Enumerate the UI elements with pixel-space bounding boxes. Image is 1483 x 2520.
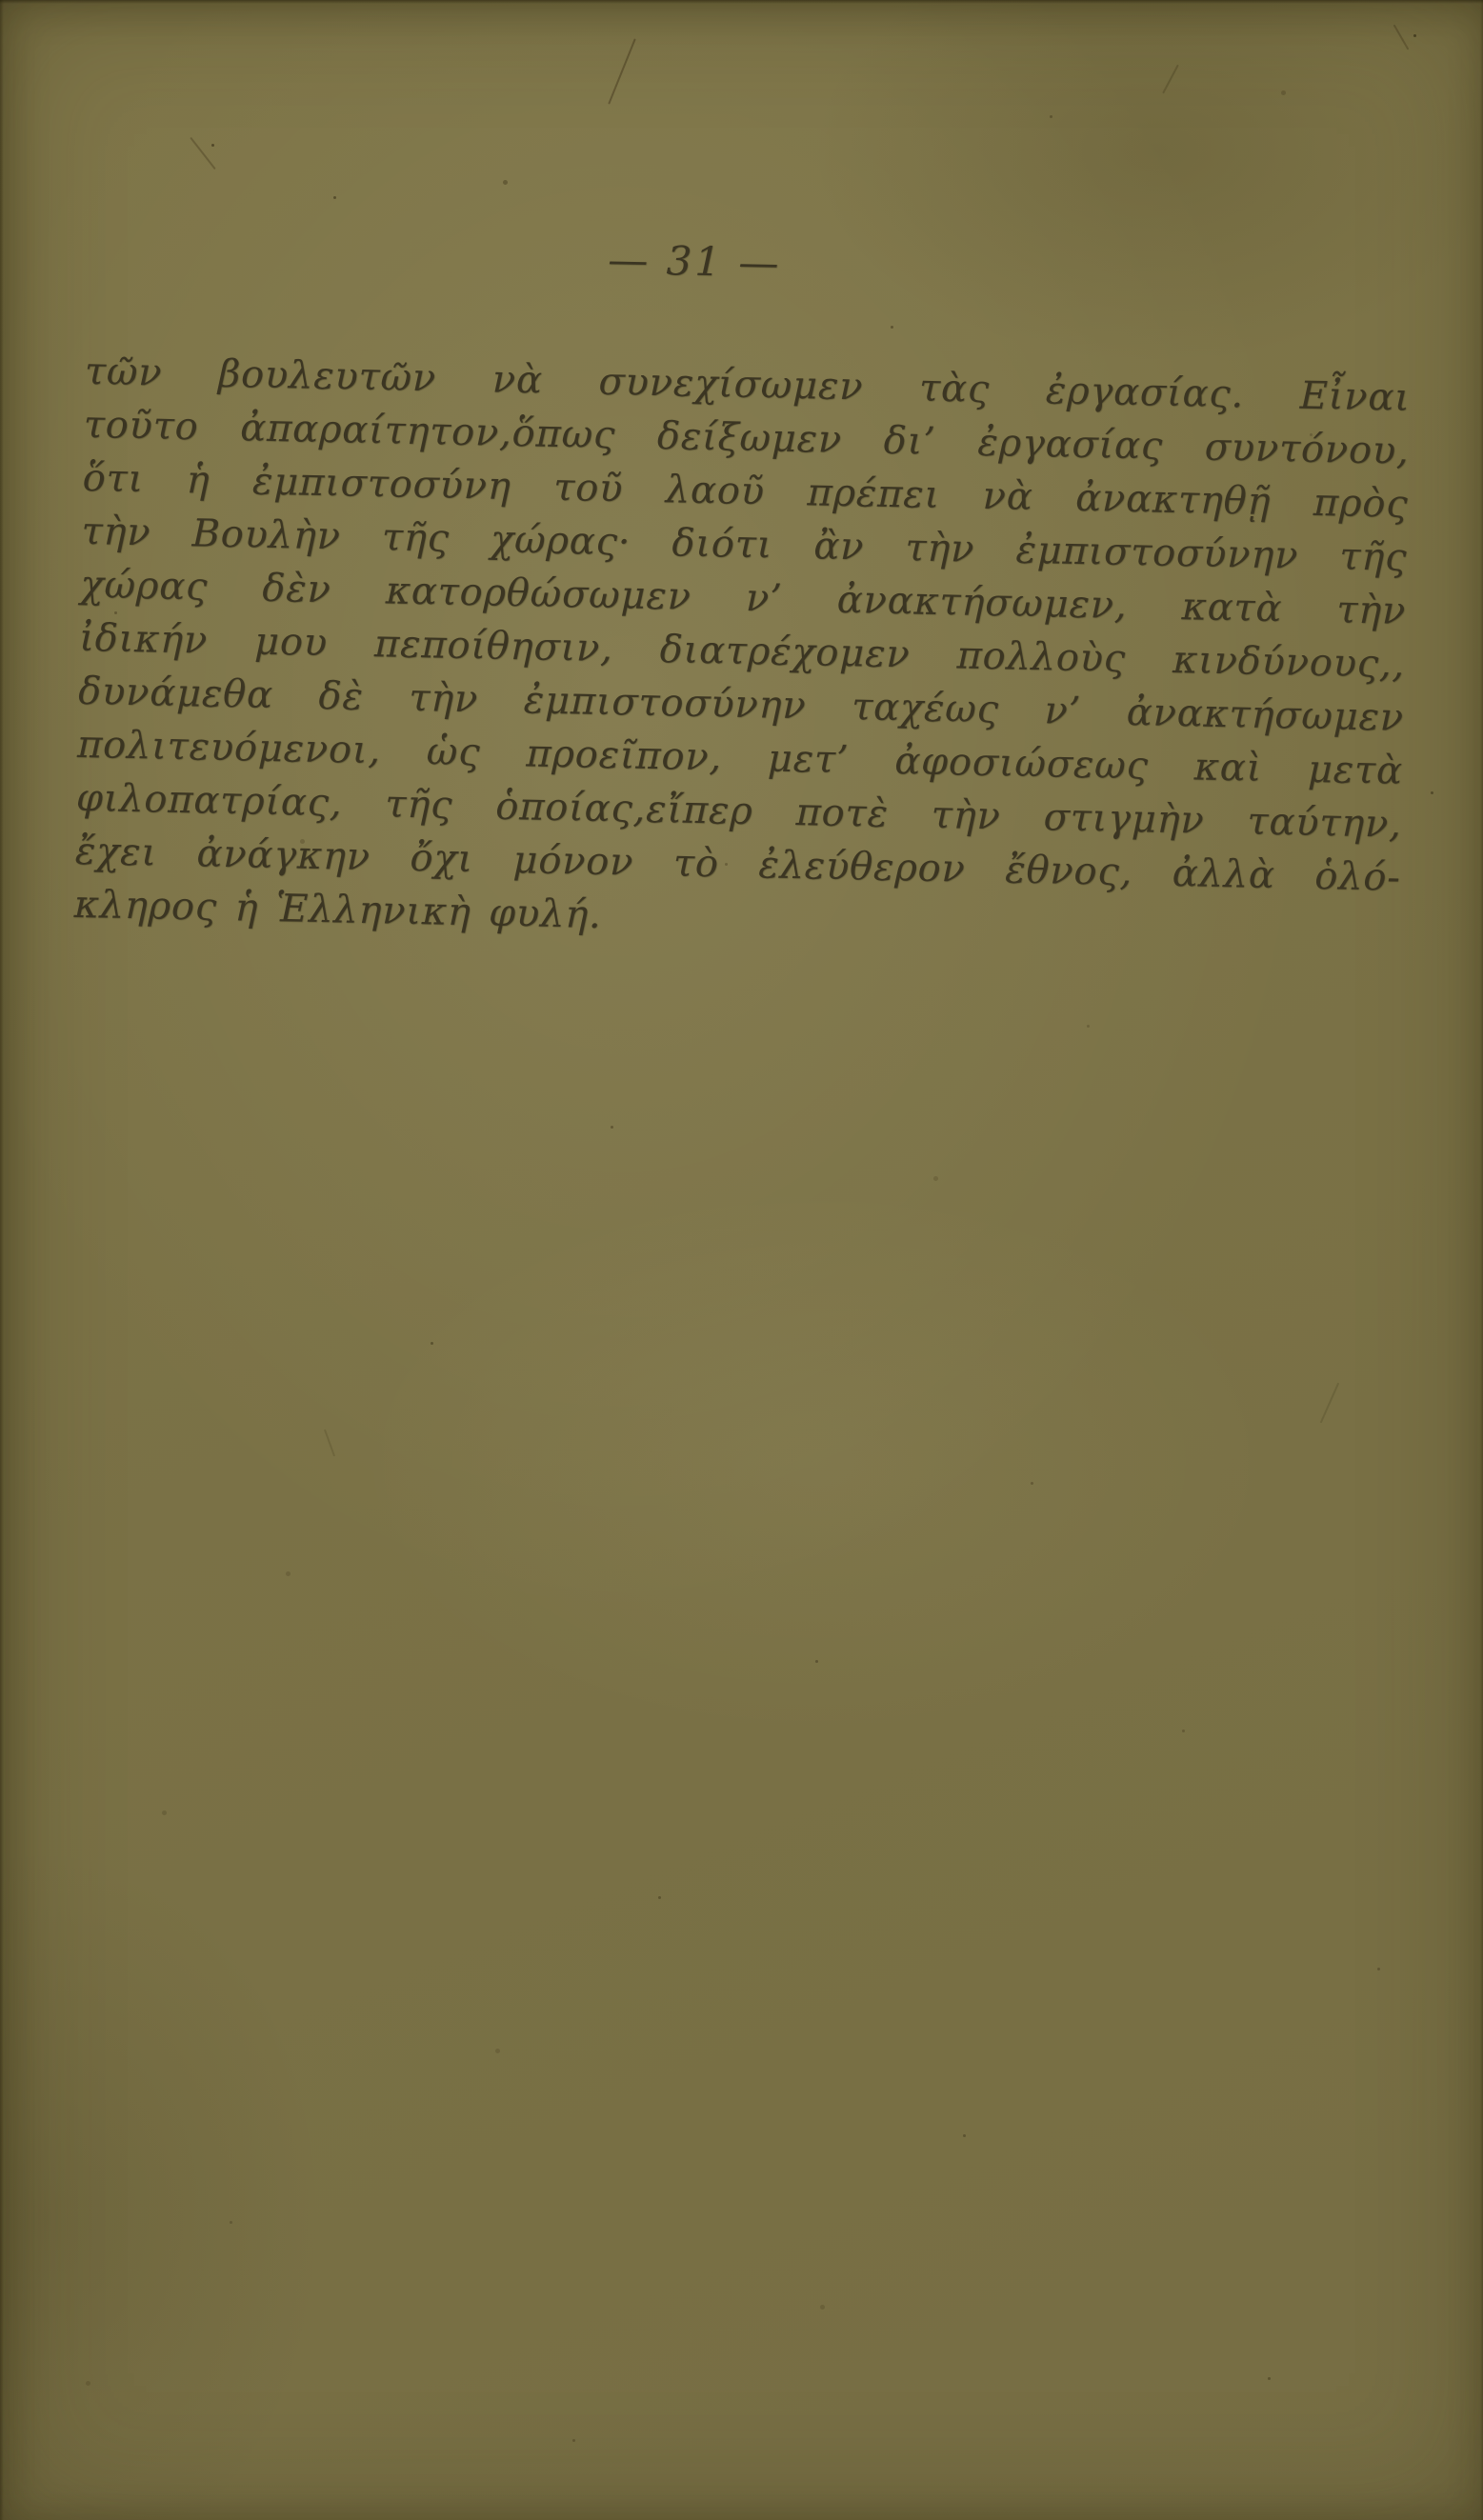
paper-fiber-mark [190, 137, 215, 170]
book-page-scan: — 31 — τῶν βουλευτῶν νὰ συνεχίσωμεν τὰς … [0, 0, 1483, 2520]
page-number: — 31 — [31, 226, 1358, 298]
body-paragraph: τῶν βουλευτῶν νὰ συνεχίσωμεν τὰς ἐργασία… [73, 345, 1411, 958]
page-content: — 31 — τῶν βουλευτῶν νὰ συνεχίσωμεν τὰς … [73, 227, 1413, 958]
paper-fiber-mark [1320, 1383, 1340, 1424]
scan-edge-left [0, 0, 4, 2520]
paper-fiber-mark [1393, 25, 1410, 50]
paper-fiber-mark [608, 38, 636, 104]
paper-fiber-mark [1162, 65, 1179, 94]
paper-fiber-mark [324, 1430, 335, 1457]
scan-edge-top [0, 0, 1483, 4]
